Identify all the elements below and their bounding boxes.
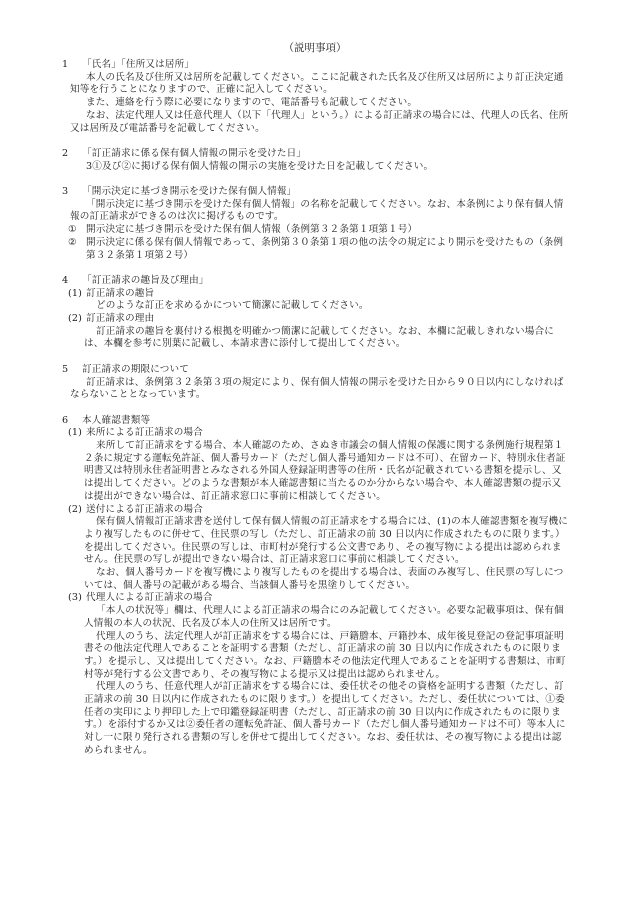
section-4: 4 「訂正請求の趣旨及び理由」 (1) 訂正請求の趣旨 どのような訂正を求めるか…: [62, 275, 570, 351]
subsection-marker: (1): [68, 427, 86, 440]
paragraph: 3①及び②に掲げる保有個人情報の開示の実施を受けた日を記載してください。: [62, 161, 570, 174]
section-2: 2 「訂正請求に係る保有個人情報の開示を受けた日」 3①及び②に掲げる保有個人情…: [62, 148, 570, 173]
subsection-marker: (3): [68, 592, 86, 605]
page-title: （説明事項）: [0, 42, 630, 55]
paragraph: どのような訂正を求めるかについて簡潔に記載してください。: [62, 300, 570, 313]
section-title: 「訂正請求の趣旨及び理由」: [82, 275, 209, 288]
list-item: ② 開示決定に係る保有個人情報であって、条例第３０条第１項の他の法令の規定により…: [62, 237, 570, 262]
paragraph: 「本人の状況等」欄は、代理人による訂正請求の場合にのみ記載してください。必要な記…: [62, 605, 570, 630]
section-number: 5: [62, 364, 82, 377]
paragraph: 代理人のうち、任意代理人が訂正請求をする場合には、委任状その他その資格を証明する…: [62, 681, 570, 757]
section-number: 2: [62, 148, 82, 161]
list-text: 開示決定に基づき開示を受けた保有個人情報（条例第３２条第１項第１号）: [86, 224, 417, 237]
document-page: （説明事項） 1 「氏名」「住所又は居所」 本人の氏名及び住所又は居所を記載して…: [0, 0, 630, 903]
subsection-heading: (2) 送付による訂正請求の場合: [62, 504, 570, 517]
section-1: 1 「氏名」「住所又は居所」 本人の氏名及び住所又は居所を記載してください。ここ…: [62, 59, 570, 135]
subsection-title: 訂正請求の理由: [86, 313, 154, 326]
subsection-marker: (2): [68, 313, 86, 326]
section-title: 「訂正請求に係る保有個人情報の開示を受けた日」: [82, 148, 306, 161]
subsection-heading: (1) 訂正請求の趣旨: [62, 288, 570, 301]
section-heading: 4 「訂正請求の趣旨及び理由」: [62, 275, 570, 288]
section-title: 「氏名」「住所又は居所」: [82, 59, 194, 72]
section-number: 6: [62, 415, 82, 428]
list-text: 開示決定に係る保有個人情報であって、条例第３０条第１項の他の法令の規定により開示…: [86, 237, 570, 262]
section-heading: 3 「開示決定に基づき開示を受けた保有個人情報」: [62, 186, 570, 199]
subsection-heading: (1) 来所による訂正請求の場合: [62, 427, 570, 440]
subsection-heading: (2) 訂正請求の理由: [62, 313, 570, 326]
section-number: 1: [62, 59, 82, 72]
section-number: 4: [62, 275, 82, 288]
subsection-marker: (1): [68, 288, 86, 301]
list-item: ① 開示決定に基づき開示を受けた保有個人情報（条例第３２条第１項第１号）: [62, 224, 570, 237]
section-heading: 5 訂正請求の期限について: [62, 364, 570, 377]
section-title: 「開示決定に基づき開示を受けた保有個人情報」: [82, 186, 296, 199]
paragraph: 保有個人情報訂正請求書を送付して保有個人情報の訂正請求をする場合には、(1)の本…: [62, 516, 570, 567]
section-heading: 6 本人確認書類等: [62, 415, 570, 428]
section-title: 本人確認書類等: [82, 415, 150, 428]
section-5: 5 訂正請求の期限について 訂正請求は、条例第３２条第３項の規定により、保有個人…: [62, 364, 570, 402]
paragraph: 「開示決定に基づき開示を受けた保有個人情報」の名称を記載してください。なお、本条…: [62, 199, 570, 224]
paragraph: 代理人のうち、法定代理人が訂正請求をする場合には、戸籍謄本、戸籍抄本、成年後見登…: [62, 631, 570, 682]
list-marker: ②: [68, 237, 86, 262]
paragraph: なお、法定代理人又は任意代理人（以下「代理人」という。）による訂正請求の場合には…: [62, 110, 570, 135]
section-3: 3 「開示決定に基づき開示を受けた保有個人情報」 「開示決定に基づき開示を受けた…: [62, 186, 570, 262]
paragraph: なお、個人番号カードを複写機により複写したものを提出する場合は、表面のみ複写し、…: [62, 567, 570, 592]
paragraph: 訂正請求は、条例第３２条第３項の規定により、保有個人情報の開示を受けた日から９０…: [62, 377, 570, 402]
paragraph: 訂正請求の趣旨を裏付ける根拠を明確かつ簡潔に記載してください。なお、本欄に記載し…: [62, 326, 570, 351]
paragraph: 本人の氏名及び住所又は居所を記載してください。ここに記載された氏名及び住所又は居…: [62, 72, 570, 97]
document-body: 1 「氏名」「住所又は居所」 本人の氏名及び住所又は居所を記載してください。ここ…: [62, 59, 570, 770]
section-heading: 2 「訂正請求に係る保有個人情報の開示を受けた日」: [62, 148, 570, 161]
subsection-title: 来所による訂正請求の場合: [86, 427, 203, 440]
section-title: 訂正請求の期限について: [82, 364, 189, 377]
paragraph: 来所して訂正請求をする場合、本人確認のため、さぬき市議会の個人情報の保護に関する…: [62, 440, 570, 504]
subsection-marker: (2): [68, 504, 86, 517]
section-heading: 1 「氏名」「住所又は居所」: [62, 59, 570, 72]
list-marker: ①: [68, 224, 86, 237]
section-6: 6 本人確認書類等 (1) 来所による訂正請求の場合 来所して訂正請求をする場合…: [62, 415, 570, 758]
paragraph: また、連絡を行う際に必要になりますので、電話番号も記載してください。: [62, 97, 570, 110]
subsection-title: 送付による訂正請求の場合: [86, 504, 203, 517]
section-number: 3: [62, 186, 82, 199]
subsection-heading: (3) 代理人による訂正請求の場合: [62, 592, 570, 605]
subsection-title: 訂正請求の趣旨: [86, 288, 154, 301]
subsection-title: 代理人による訂正請求の場合: [86, 592, 213, 605]
